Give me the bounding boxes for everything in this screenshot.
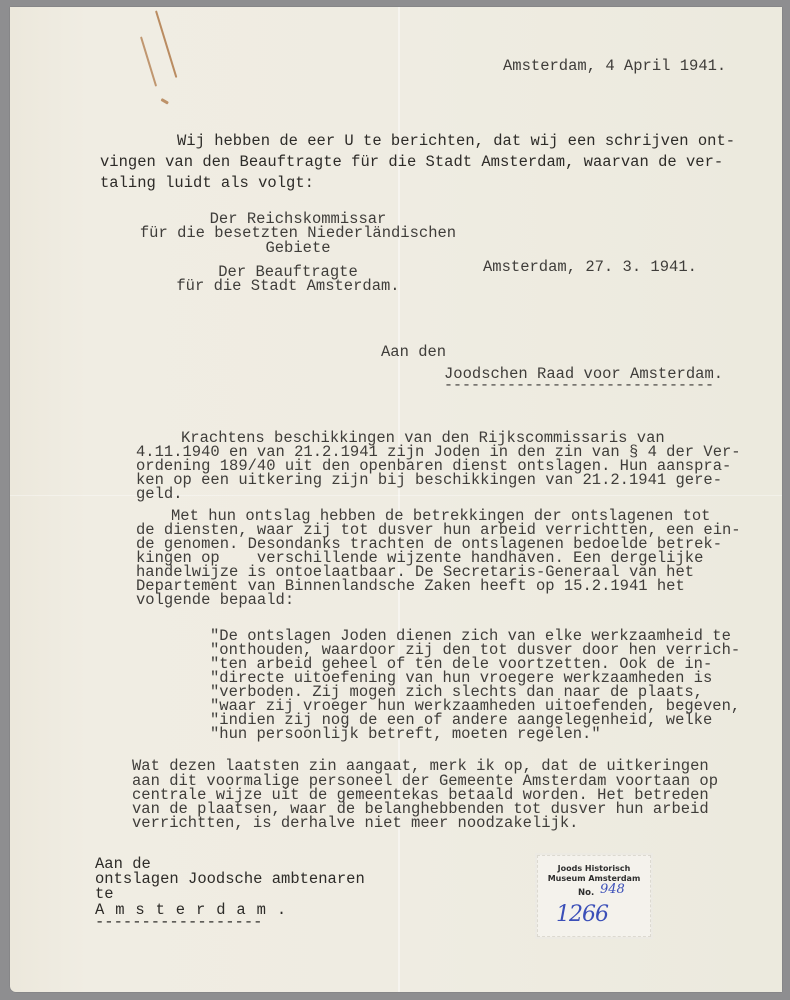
stamp-number-label: No. (578, 888, 594, 898)
addressee-underline: ------------------------------ (444, 379, 714, 393)
museum-stamp: Joods Historisch Museum Amsterdam No. 94… (537, 855, 651, 937)
quoted-letter-date: Amsterdam, 27. 3. 1941. (483, 260, 697, 274)
stamp-line: Museum Amsterdam (538, 874, 650, 883)
stamp-handwritten-number: 1266 (556, 902, 608, 927)
intro-line: Wij hebben de eer U te berichten, dat wi… (177, 131, 735, 151)
paragraph-3-line: verrichtten, is derhalve niet meer noodz… (132, 816, 578, 830)
sender-line: Gebiete (138, 241, 458, 255)
pencil-mark-icon (140, 36, 157, 86)
quotation-line: "hun persoonlijk betreft, moeten regelen… (210, 727, 601, 741)
stamp-line: Joods Historisch (538, 864, 650, 873)
pencil-mark-icon (161, 98, 169, 105)
paragraph-1-line: ken op een uitkering zijn bij beschikkin… (136, 473, 722, 487)
intro-line: vingen van den Beauftragte für die Stadt… (100, 152, 723, 172)
letter-date: Amsterdam, 4 April 1941. (503, 59, 726, 73)
pencil-mark-icon (155, 10, 177, 78)
paragraph-2-line: volgende bepaald: (136, 593, 294, 607)
horizontal-fold-crease (10, 495, 782, 496)
letter-page: Amsterdam, 4 April 1941. Wij hebben de e… (10, 7, 782, 992)
stamp-number-value: 948 (600, 882, 625, 897)
recipient-line: te (95, 887, 114, 901)
sender-block: Der Reichskommissar für die besetzten Ni… (138, 212, 458, 255)
recipient-line: ontslagen Joodsche ambtenaren (95, 872, 365, 886)
addressee-line: Aan den (381, 345, 446, 359)
sender-line: für die Stadt Amsterdam. (158, 279, 418, 293)
intro-line: taling luidt als volgt: (100, 173, 314, 193)
paragraph-1-line: geld. (136, 487, 183, 501)
recipient-underline: ------------------ (95, 915, 262, 929)
